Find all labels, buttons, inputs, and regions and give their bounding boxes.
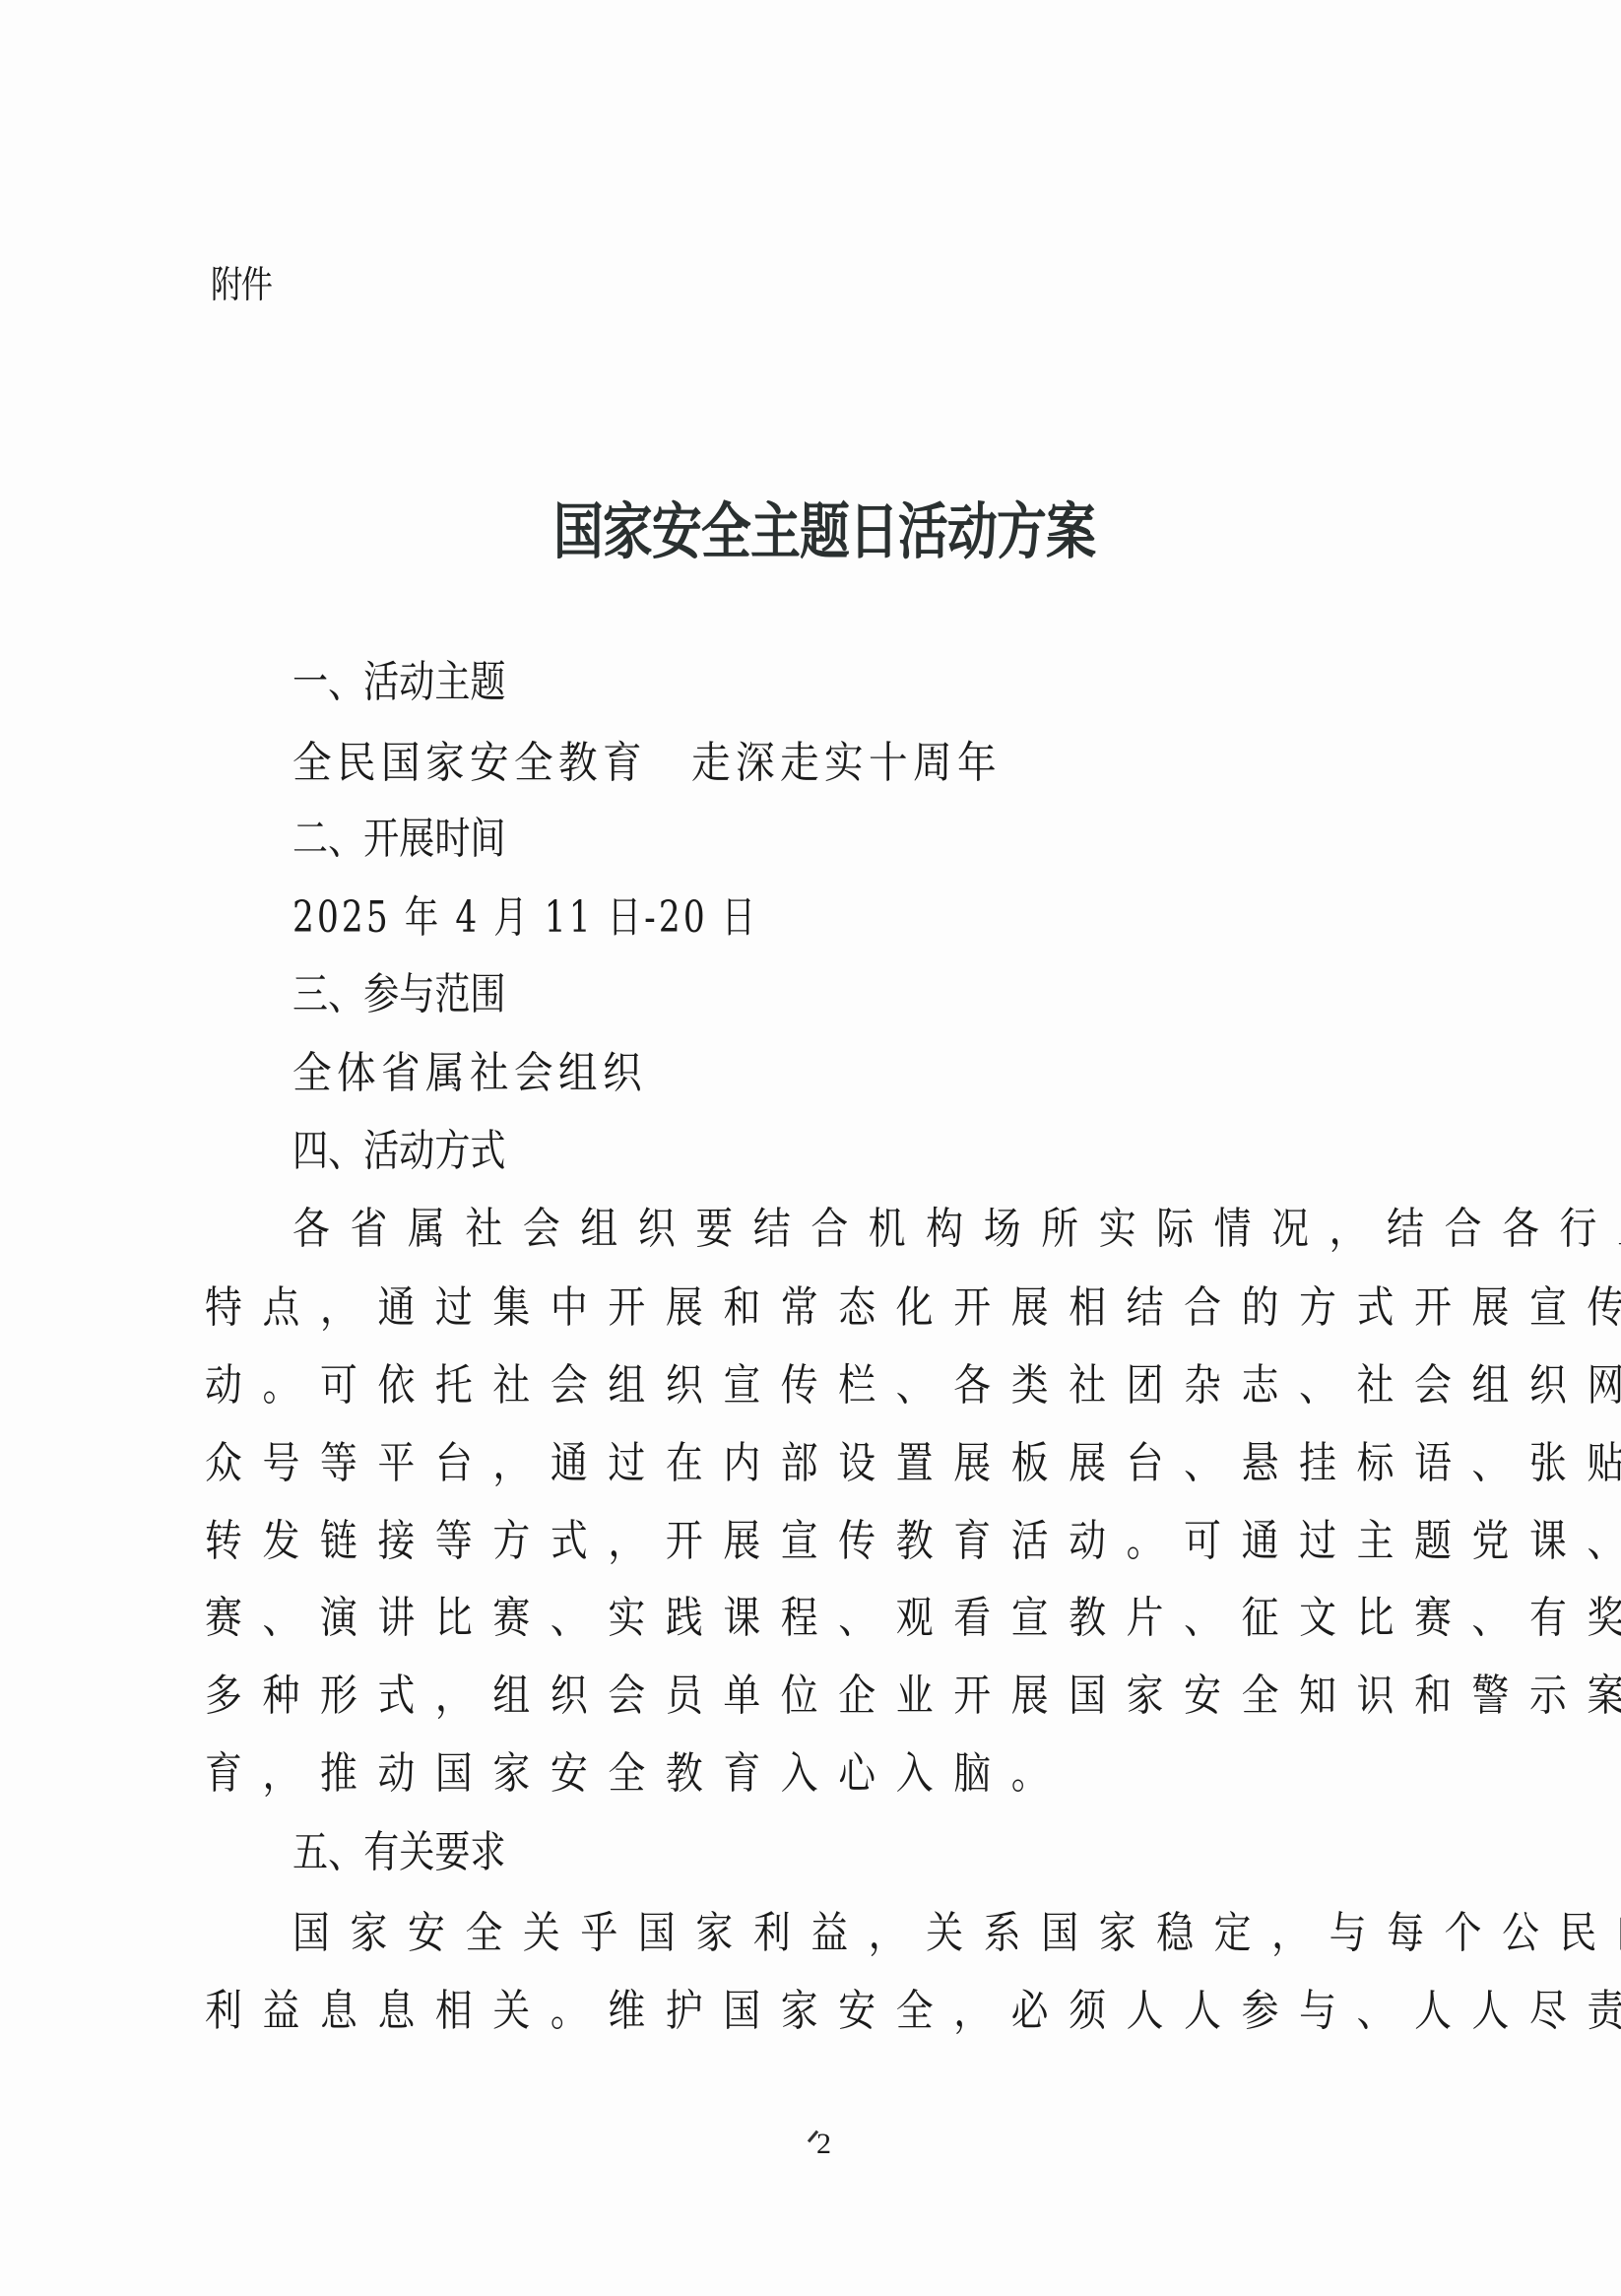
- method-paragraph-line: 赛、演讲比赛、实践课程、观看宣教片、征文比赛、有奖竞答等: [205, 1589, 1621, 1648]
- scope-text: 全体省属社会组织: [292, 1044, 647, 1103]
- method-paragraph-line: 特点，通过集中开展和常态化开展相结合的方式开展宣传教育活: [205, 1279, 1621, 1338]
- section-heading-scope: 三、参与范围: [292, 965, 505, 1024]
- method-paragraph-line: 转发链接等方式，开展宣传教育活动。可通过主题党课、知识竞: [205, 1512, 1621, 1571]
- attachment-label: 附件: [211, 254, 271, 308]
- section-heading-time: 二、开展时间: [292, 810, 505, 869]
- method-paragraph-line: 动。可依托社会组织宣传栏、各类社团杂志、社会组织网站、公: [205, 1356, 1621, 1415]
- page-number: 2: [811, 2128, 831, 2161]
- method-paragraph-line: 众号等平台，通过在内部设置展板展台、悬挂标语、张贴海报、: [205, 1434, 1621, 1493]
- method-paragraph-line: 育，推动国家安全教育入心入脑。: [205, 1744, 1069, 1804]
- document-title: 国家安全主题日活动方案: [149, 483, 1501, 570]
- section-heading-requirements: 五、有关要求: [292, 1823, 505, 1882]
- theme-text: 全民国家安全教育 走深走实十周年: [292, 734, 1002, 793]
- method-paragraph-line: 各省属社会组织要结合机构场所实际情况，结合各行业领域: [292, 1200, 1621, 1259]
- document-page: 附件 国家安全主题日活动方案 一、活动主题 全民国家安全教育 走深走实十周年 二…: [0, 0, 1621, 2296]
- section-heading-theme: 一、活动主题: [292, 653, 505, 712]
- section-heading-method: 四、活动方式: [292, 1122, 505, 1181]
- requirements-paragraph-line: 国家安全关乎国家利益，关系国家稳定，与每个公民的切身: [292, 1904, 1621, 1963]
- time-text: 2025 年 4 月 11 日-20 日: [292, 888, 758, 948]
- requirements-paragraph-line: 利益息息相关。维护国家安全，必须人人参与、人人尽责。各省: [205, 1982, 1621, 2041]
- page-number-text: 2: [816, 2128, 831, 2160]
- method-paragraph-line: 多种形式，组织会员单位企业开展国家安全知识和警示案例教: [205, 1667, 1621, 1726]
